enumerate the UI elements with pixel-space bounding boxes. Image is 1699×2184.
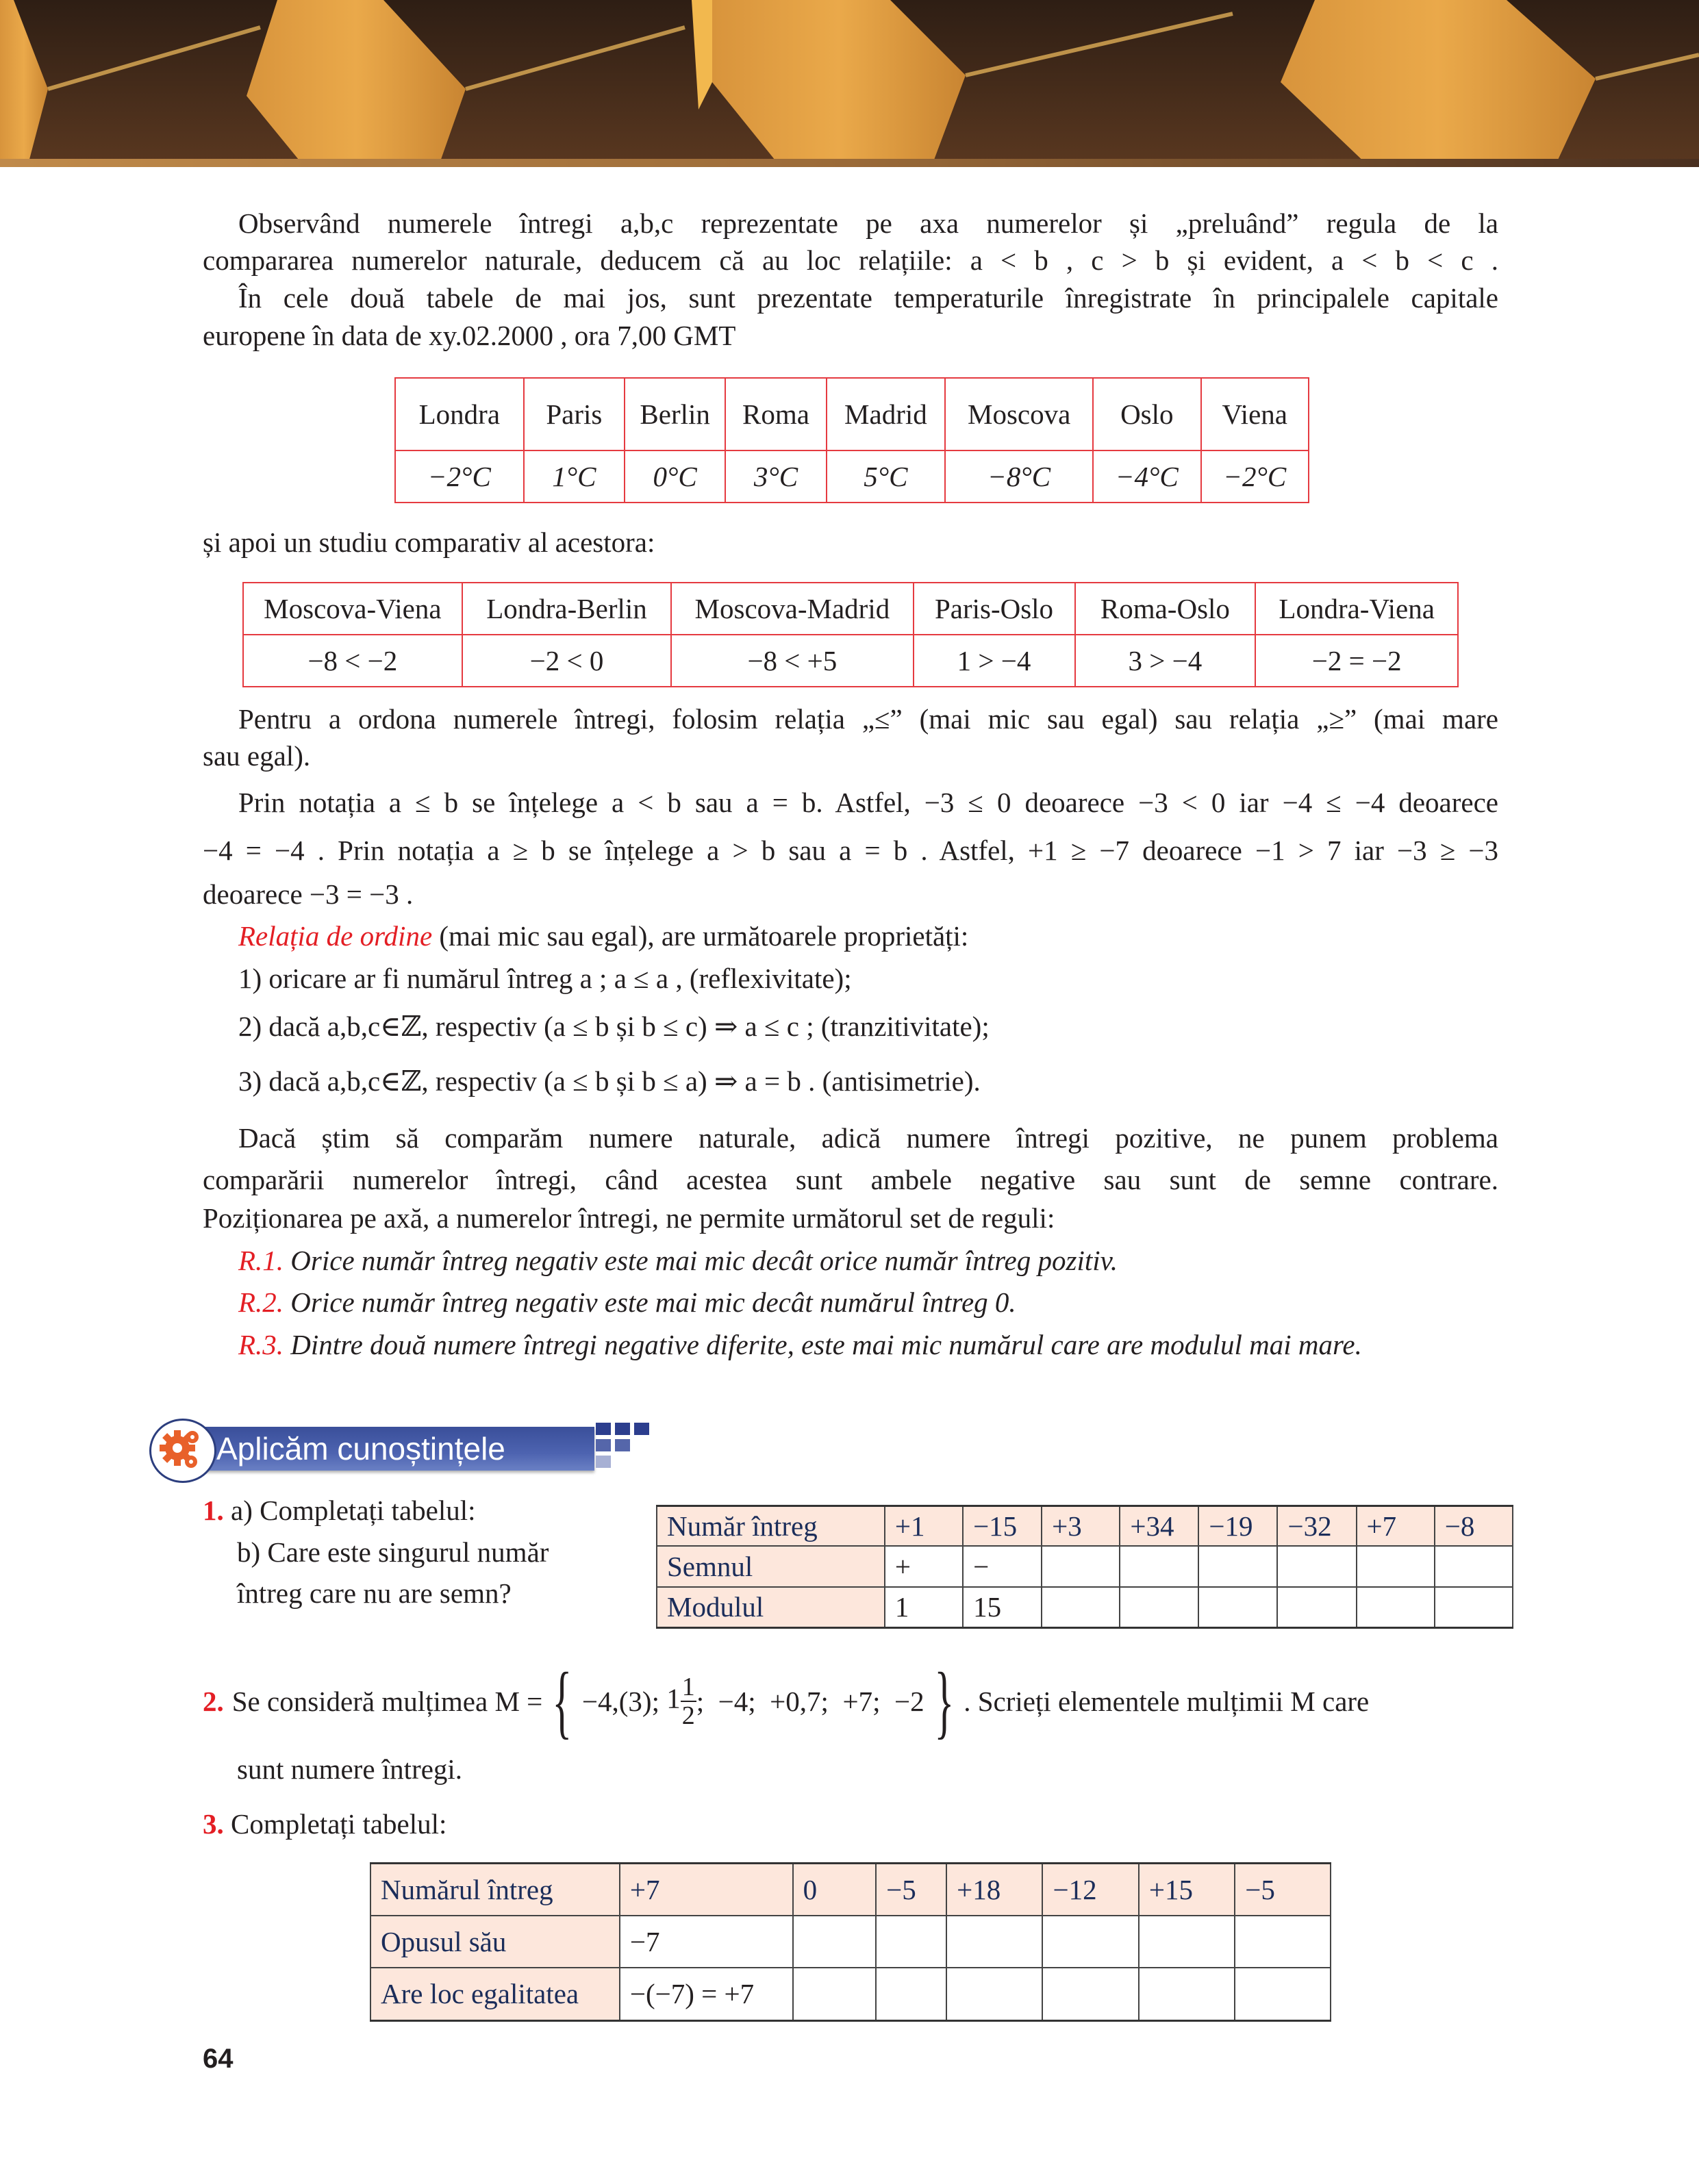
value-cell: −32	[1277, 1506, 1356, 1546]
modulus-cell[interactable]	[1198, 1587, 1277, 1628]
rule-label: R.3.	[238, 1329, 284, 1360]
value-cell: −8	[1435, 1506, 1513, 1546]
value-cell: +1	[885, 1506, 963, 1546]
modulus-row: Modulul 1 15	[657, 1587, 1513, 1628]
relation-cell: −8 < −2	[243, 635, 462, 687]
sign-cell[interactable]	[1357, 1546, 1435, 1587]
value-cell: −5	[1235, 1864, 1331, 1916]
temp-cell: −2°C	[395, 450, 524, 503]
rule-label: R.1.	[238, 1245, 284, 1276]
temperature-table: Londra Paris Berlin Roma Madrid Moscova …	[394, 377, 1309, 503]
decor-square	[596, 1456, 611, 1468]
pair-cell: Moscova-Madrid	[671, 583, 913, 635]
rule-1: R.1. Orice număr întreg negativ este mai…	[238, 1244, 1498, 1277]
city-cell: Moscova	[945, 378, 1093, 450]
set-element-mixed-fraction: 112	[666, 1673, 696, 1729]
intro-p1-line1: Observând numerele întregi a,b,c repreze…	[238, 203, 1498, 244]
exercise-3-text: Completați tabelul:	[231, 1808, 446, 1840]
order-p4-line2: −4 = −4 . Prin notația a ≥ b se înțelege…	[203, 830, 1498, 871]
row-header: Modulul	[657, 1587, 885, 1628]
exercise-2: 2. Se consideră mulțimea M = { −4,(3); 1…	[203, 1664, 1369, 1739]
row-header: Numărul întreg	[370, 1864, 620, 1916]
value-cell: −15	[963, 1506, 1042, 1546]
relation-order-rest: (mai mic sau egal), are următoarele prop…	[432, 920, 968, 952]
modulus-cell[interactable]: 15	[963, 1587, 1042, 1628]
rules-intro-line3: Poziționarea pe axă, a numerelor întregi…	[203, 1202, 1498, 1234]
rule-text: Dintre două numere întregi negative dife…	[290, 1329, 1362, 1360]
sign-cell[interactable]	[1042, 1546, 1120, 1587]
decor-square	[634, 1423, 649, 1435]
value-cell: +3	[1042, 1506, 1120, 1546]
equality-cell[interactable]	[1042, 1968, 1138, 2021]
separator: ;	[696, 1685, 718, 1718]
pair-cell: Moscova-Viena	[243, 583, 462, 635]
property-antisymmetry: 3) dacă a,b,c∈ℤ, respectiv (a ≤ b și b ≤…	[238, 1065, 1498, 1097]
exercise-3: 3. Completați tabelul:	[203, 1807, 446, 1840]
relation-cell: −2 = −2	[1255, 635, 1458, 687]
opposite-cell[interactable]: −7	[620, 1916, 793, 1968]
equality-cell[interactable]: −(−7) = +7	[620, 1968, 793, 2021]
gears-icon	[151, 1421, 210, 1477]
value-cell: +15	[1139, 1864, 1235, 1916]
rules-intro-line2: comparării numerelor întregi, când acest…	[203, 1159, 1498, 1200]
set-element: −2	[894, 1685, 924, 1718]
city-cell: Roma	[725, 378, 826, 450]
value-cell: −19	[1198, 1506, 1277, 1546]
opposite-cell[interactable]	[946, 1916, 1042, 1968]
city-cell: Paris	[524, 378, 625, 450]
temp-cell: 0°C	[625, 450, 725, 503]
comparison-table-pairs-row: Moscova-Viena Londra-Berlin Moscova-Madr…	[243, 583, 1458, 635]
pair-cell: Londra-Viena	[1255, 583, 1458, 635]
separator: ;	[652, 1685, 667, 1718]
equality-cell[interactable]	[793, 1968, 877, 2021]
city-cell: Londra	[395, 378, 524, 450]
rule-text: Orice număr întreg negativ este mai mic …	[290, 1245, 1118, 1276]
property-transitivity: 2) dacă a,b,c∈ℤ, respectiv (a ≤ b și b ≤…	[238, 1010, 1498, 1043]
modulus-cell[interactable]	[1435, 1587, 1513, 1628]
set-element: +0,7	[770, 1685, 820, 1718]
page-number: 64	[203, 2044, 234, 2074]
badge-circle	[149, 1419, 216, 1483]
header-banner-image	[0, 0, 1699, 167]
sign-cell[interactable]	[1120, 1546, 1198, 1587]
exercise-number: 1.	[203, 1495, 224, 1526]
equality-cell[interactable]	[1139, 1968, 1235, 2021]
temp-cell: 5°C	[827, 450, 946, 503]
exercise-2-line2: sunt numere întregi.	[237, 1753, 462, 1786]
order-p3-line2: sau egal).	[203, 739, 1498, 772]
row-header: Semnul	[657, 1546, 885, 1587]
comparison-intro: și apoi un studiu comparativ al acestora…	[203, 526, 1498, 559]
set-element: −4,(3)	[582, 1685, 652, 1718]
exercise-2-text-before: Se consideră mulțimea M =	[232, 1685, 543, 1718]
relation-cell: −8 < +5	[671, 635, 913, 687]
golden-blocks-illustration	[0, 0, 1699, 167]
exercise-1-b-line2: întreg care nu are semn?	[237, 1577, 512, 1610]
exercise-2-text-after: . Scrieți elementele mulțimii M care	[964, 1685, 1369, 1718]
value-cell: +7	[1357, 1506, 1435, 1546]
order-p4-line1: Prin notația a ≤ b se înțelege a < b sau…	[238, 782, 1498, 823]
modulus-cell[interactable]	[1357, 1587, 1435, 1628]
pair-cell: Londra-Berlin	[462, 583, 672, 635]
exercise-1-a-text: a) Completați tabelul:	[231, 1495, 476, 1526]
city-cell: Viena	[1201, 378, 1309, 450]
exercise-1-b-line1: b) Care este singurul număr	[237, 1536, 549, 1569]
integer-row: Numărul întreg +7 0 −5 +18 −12 +15 −5	[370, 1864, 1331, 1916]
exercise-number: 3.	[203, 1808, 224, 1840]
equality-cell[interactable]	[876, 1968, 946, 2021]
order-p4-line3: deoarece −3 = −3 .	[203, 878, 1498, 911]
temp-cell: −4°C	[1093, 450, 1200, 503]
rule-text: Orice număr întreg negativ este mai mic …	[290, 1286, 1016, 1318]
sign-row: Semnul + −	[657, 1546, 1513, 1587]
equality-cell[interactable]	[946, 1968, 1042, 2021]
section-badge-title: Aplicăm cunoștințele	[216, 1427, 505, 1471]
exercise-3-table: Numărul întreg +7 0 −5 +18 −12 +15 −5 Op…	[370, 1862, 1331, 2022]
exercise-1-table: Număr întreg +1 −15 +3 +34 −19 −32 +7 −8…	[656, 1505, 1513, 1629]
city-cell: Madrid	[827, 378, 946, 450]
relation-order-term: Relația de ordine	[238, 920, 432, 952]
modulus-cell[interactable]	[1042, 1587, 1120, 1628]
modulus-cell[interactable]	[1120, 1587, 1198, 1628]
rules-intro-line1: Dacă știm să comparăm numere naturale, a…	[238, 1117, 1498, 1158]
sign-cell[interactable]	[1277, 1546, 1356, 1587]
section-badge: Aplicăm cunoștințele	[149, 1419, 656, 1484]
exercise-1-a: 1. a) Completați tabelul:	[203, 1494, 476, 1527]
integer-row: Număr întreg +1 −15 +3 +34 −19 −32 +7 −8	[657, 1506, 1513, 1546]
opposite-cell[interactable]	[1139, 1916, 1235, 1968]
order-p3-line1: Pentru a ordona numerele întregi, folosi…	[238, 698, 1498, 739]
value-cell: +34	[1120, 1506, 1198, 1546]
property-reflexivity: 1) oricare ar fi numărul întreg a ; a ≤ …	[238, 962, 1498, 995]
banner-bottom-strip	[0, 159, 1699, 167]
rule-3: R.3. Dintre două numere întregi negative…	[238, 1328, 1498, 1361]
separator: ;	[821, 1685, 843, 1718]
separator: ;	[748, 1685, 770, 1718]
decor-square	[596, 1423, 611, 1435]
temperature-table-values-row: −2°C 1°C 0°C 3°C 5°C −8°C −4°C −2°C	[395, 450, 1309, 503]
value-cell: −5	[876, 1864, 946, 1916]
opposite-cell[interactable]	[876, 1916, 946, 1968]
opposite-cell[interactable]	[1042, 1916, 1138, 1968]
sign-cell[interactable]	[1435, 1546, 1513, 1587]
relation-cell: 1 > −4	[914, 635, 1075, 687]
rule-label: R.2.	[238, 1286, 284, 1318]
comparison-table: Moscova-Viena Londra-Berlin Moscova-Madr…	[242, 582, 1459, 687]
exercise-number: 2.	[203, 1685, 224, 1718]
opposite-row: Opusul său −7	[370, 1916, 1331, 1968]
modulus-cell[interactable]	[1277, 1587, 1356, 1628]
intro-p1-line2: compararea numerelor naturale, deducem c…	[203, 240, 1498, 281]
relation-order-heading: Relația de ordine (mai mic sau egal), ar…	[238, 919, 1498, 952]
intro-p2-line1: În cele două tabele de mai jos, sunt pre…	[238, 277, 1498, 318]
sign-cell[interactable]	[1198, 1546, 1277, 1587]
rule-2: R.2. Orice număr întreg negativ este mai…	[238, 1286, 1498, 1319]
value-cell: 0	[793, 1864, 877, 1916]
set-element: −4	[718, 1685, 748, 1718]
pair-cell: Paris-Oslo	[914, 583, 1075, 635]
sign-cell[interactable]: −	[963, 1546, 1042, 1587]
opposite-cell[interactable]	[793, 1916, 877, 1968]
value-cell: +18	[946, 1864, 1042, 1916]
row-header: Număr întreg	[657, 1506, 885, 1546]
value-cell: +7	[620, 1864, 793, 1916]
comparison-table-relations-row: −8 < −2 −2 < 0 −8 < +5 1 > −4 3 > −4 −2 …	[243, 635, 1458, 687]
decor-square	[615, 1423, 630, 1435]
temp-cell: −2°C	[1201, 450, 1309, 503]
modulus-cell[interactable]: 1	[885, 1587, 963, 1628]
value-cell: −12	[1042, 1864, 1138, 1916]
row-header: Are loc egalitatea	[370, 1968, 620, 2021]
set-close-brace: }	[934, 1681, 954, 1722]
temp-cell: 3°C	[725, 450, 826, 503]
separator: ;	[872, 1685, 894, 1718]
set-element: +7	[842, 1685, 872, 1718]
relation-cell: 3 > −4	[1075, 635, 1256, 687]
temp-cell: −8°C	[945, 450, 1093, 503]
row-header: Opusul său	[370, 1916, 620, 1968]
decor-square	[615, 1439, 630, 1451]
temperature-table-cities-row: Londra Paris Berlin Roma Madrid Moscova …	[395, 378, 1309, 450]
equality-row: Are loc egalitatea −(−7) = +7	[370, 1968, 1331, 2021]
intro-p2-line2: europene în data de xy.02.2000 , ora 7,0…	[203, 319, 1498, 352]
temp-cell: 1°C	[524, 450, 625, 503]
sign-cell[interactable]: +	[885, 1546, 963, 1587]
decor-square	[596, 1439, 611, 1451]
pair-cell: Roma-Oslo	[1075, 583, 1256, 635]
opposite-cell[interactable]	[1235, 1916, 1331, 1968]
relation-cell: −2 < 0	[462, 635, 672, 687]
city-cell: Oslo	[1093, 378, 1200, 450]
equality-cell[interactable]	[1235, 1968, 1331, 2021]
city-cell: Berlin	[625, 378, 725, 450]
set-open-brace: {	[553, 1681, 572, 1722]
